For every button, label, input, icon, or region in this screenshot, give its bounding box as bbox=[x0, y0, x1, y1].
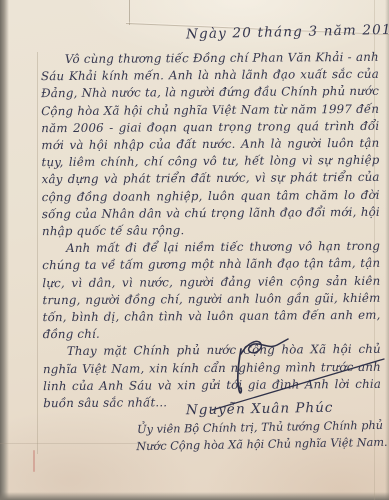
paragraph-tribute: Vô cùng thương tiếc Đồng chí Phan Văn Kh… bbox=[41, 49, 380, 241]
signature-loop-stroke bbox=[241, 339, 288, 354]
signatory-name: Nguyễn Xuân Phúc bbox=[136, 399, 384, 419]
photo-edge-bottom bbox=[0, 492, 389, 500]
letter-photo: Ngày 20 tháng 3 năm 2018 Vô cùng thương … bbox=[0, 0, 389, 500]
photo-edge-right bbox=[385, 0, 389, 500]
paragraph-mourning: Anh mất đi để lại niềm tiếc thương vô hạ… bbox=[42, 238, 381, 344]
signature-main-stroke bbox=[238, 349, 242, 393]
photo-edge-left bbox=[0, 0, 9, 500]
signature-block: Nguyễn Xuân Phúc Ủy viên Bộ Chính trị, T… bbox=[136, 399, 385, 455]
